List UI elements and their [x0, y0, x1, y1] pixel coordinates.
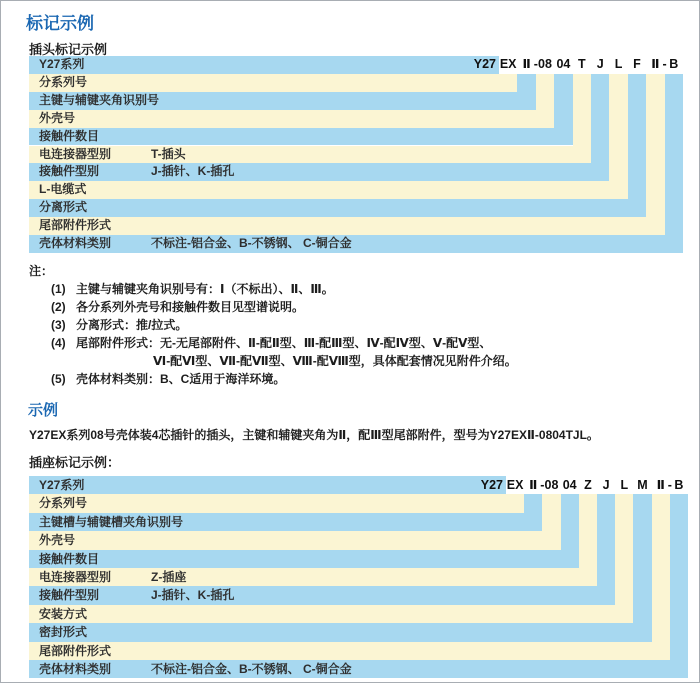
diagram-bar	[29, 586, 615, 604]
code-segment: Ⅱ	[529, 476, 537, 494]
diagram-column	[591, 74, 610, 181]
code-segment: 08	[545, 476, 559, 494]
note-number: (4)	[51, 334, 76, 352]
row-label: L-电缆式	[39, 181, 86, 199]
code-segment: EX	[507, 476, 524, 494]
diagram-column	[506, 494, 525, 512]
diagram-bar	[29, 163, 609, 181]
diagram-column	[517, 74, 536, 110]
row-detail: 不标注-铝合金、B-不锈钢、 C-铜合金	[151, 235, 352, 253]
row-label: 电连接器型别	[39, 146, 111, 164]
diagram-column	[573, 74, 592, 164]
code-segment: Y27	[481, 476, 503, 494]
diagram-bar	[29, 623, 652, 641]
note-number: (3)	[51, 316, 76, 334]
diagram-bar	[29, 128, 573, 146]
row-label: 接触件型别	[39, 586, 99, 604]
diagram-column	[652, 494, 671, 660]
row-detail: J-插针、K-插孔	[151, 586, 234, 604]
row-label: Y27系列	[39, 476, 84, 494]
code-segment: M	[637, 476, 647, 494]
code-segment: L	[620, 476, 628, 494]
note-item: (2) 各分系列外壳号和接触件数目见型谱说明。	[51, 298, 517, 316]
diagram-column	[524, 494, 543, 531]
diagram-bar	[29, 56, 499, 74]
note-text: 尾部附件形式：无-无尾部附件、Ⅱ-配Ⅱ型、Ⅲ-配Ⅲ型、Ⅳ-配Ⅳ型、Ⅴ-配Ⅴ型、	[76, 334, 491, 352]
code-segment: 04	[563, 476, 577, 494]
diagram-bar	[29, 217, 665, 235]
diagram-column	[499, 74, 518, 92]
note-text: 主键与辅键夹角识别号有：Ⅰ（不标出）、Ⅱ、Ⅲ。	[76, 280, 334, 298]
note-number: (1)	[51, 280, 76, 298]
row-label: 密封形式	[39, 623, 87, 641]
code-dash: -	[668, 476, 672, 494]
diagram-bar	[29, 181, 628, 199]
row-label: 壳体材料类别	[39, 235, 111, 253]
example-section-title: 示例	[28, 399, 58, 420]
page-title: 标记示例	[26, 9, 94, 34]
diagram-column	[665, 74, 684, 253]
row-label: 尾部附件形式	[39, 217, 111, 235]
socket-section-heading: 插座标记示例：	[29, 452, 120, 471]
diagram-bar	[29, 74, 517, 92]
diagram-bar	[29, 199, 646, 217]
row-label: 接触件数目	[39, 550, 99, 568]
note-item: (3) 分离形式：推/拉式。	[51, 316, 517, 334]
row-label: 外壳号	[39, 531, 75, 549]
note-continuation: Ⅵ-配Ⅵ型、Ⅶ-配Ⅶ型、Ⅷ-配Ⅷ型，具体配套情况见附件介绍。	[153, 352, 517, 370]
row-label: 分系列号	[39, 494, 87, 512]
code-segment: Y27	[474, 56, 496, 74]
diagram-bar	[29, 531, 561, 549]
diagram-bar	[29, 476, 506, 494]
row-label: Y27系列	[39, 56, 84, 74]
row-detail: J-插针、K-插孔	[151, 163, 234, 181]
row-label: 外壳号	[39, 110, 75, 128]
code-segment: 08	[538, 56, 552, 74]
diagram-column	[536, 74, 555, 128]
diagram-column	[579, 494, 598, 586]
note-text: 各分系列外壳号和接触件数目见型谱说明。	[76, 298, 304, 316]
diagram-bar	[29, 568, 597, 586]
diagram-bar	[29, 660, 688, 678]
row-label: 壳体材料类别	[39, 660, 111, 678]
diagram-bar	[29, 605, 633, 623]
code-segment: T	[578, 56, 586, 74]
code-dash: -	[663, 56, 667, 74]
diagram-column	[597, 494, 616, 604]
code-segment: Ⅱ	[522, 56, 530, 74]
note-item: (5) 壳体材料类别：B、C适用于海洋环境。	[51, 370, 517, 388]
catalog-page: { "colors": { "heading_blue": "#1a67b2",…	[0, 0, 700, 683]
diagram-bar	[29, 642, 670, 660]
row-detail: Z-插座	[151, 568, 186, 586]
diagram-column	[646, 74, 665, 235]
note-number: (5)	[51, 370, 76, 388]
example-sentence: Y27EX系列08号壳体装4芯插针的插头，主键和辅键夹角为Ⅱ，配Ⅲ型尾部附件，型…	[29, 426, 599, 443]
diagram-column	[561, 494, 580, 568]
code-segment: L	[615, 56, 623, 74]
row-label: 主键与辅键夹角识别号	[39, 92, 159, 110]
code-segment: 04	[556, 56, 570, 74]
diagram-column	[633, 494, 652, 641]
diagram-column	[554, 74, 573, 146]
diagram-column	[615, 494, 634, 623]
row-label: 接触件数目	[39, 128, 99, 146]
code-segment: Z	[584, 476, 592, 494]
row-label: 分系列号	[39, 74, 87, 92]
diagram-bar	[29, 146, 591, 164]
note-item: (1) 主键与辅键夹角识别号有：Ⅰ（不标出）、Ⅱ、Ⅲ。	[51, 280, 517, 298]
diagram-bar	[29, 110, 554, 128]
row-detail: 不标注-铝合金、B-不锈钢、 C-铜合金	[151, 660, 352, 678]
code-segment: J	[597, 56, 604, 74]
row-label: 电连接器型别	[39, 568, 111, 586]
note-number: (2)	[51, 298, 76, 316]
note-text: 壳体材料类别：B、C适用于海洋环境。	[76, 370, 285, 388]
notes-label: 注：	[29, 262, 517, 280]
row-label: 分离形式	[39, 199, 87, 217]
code-segment: B	[674, 476, 683, 494]
notes-block: 注： (1) 主键与辅键夹角识别号有：Ⅰ（不标出）、Ⅱ、Ⅲ。 (2) 各分系列外…	[29, 262, 517, 388]
diagram-bar	[29, 235, 683, 253]
code-segment: EX	[500, 56, 517, 74]
diagram-column	[628, 74, 647, 217]
row-label: 主键槽与辅键槽夹角识别号	[39, 513, 183, 531]
diagram-column	[670, 494, 689, 678]
diagram-column	[542, 494, 561, 549]
code-segment: F	[633, 56, 641, 74]
plug-code-diagram: Y27系列Y27分系列号EX主键与辅键夹角识别号Ⅱ-外壳号08接触件数目04电连…	[1, 56, 700, 254]
diagram-bar	[29, 494, 524, 512]
note-item: (4) 尾部附件形式：无-无尾部附件、Ⅱ-配Ⅱ型、Ⅲ-配Ⅲ型、Ⅳ-配Ⅳ型、Ⅴ-配…	[51, 334, 517, 352]
code-segment: Ⅱ	[651, 56, 659, 74]
code-segment: B	[669, 56, 678, 74]
row-detail: T-插头	[151, 146, 186, 164]
socket-code-diagram: Y27系列Y27分系列号EX主键槽与辅键槽夹角识别号Ⅱ-外壳号08接触件数目04…	[1, 476, 700, 680]
code-segment: J	[603, 476, 610, 494]
diagram-column	[609, 74, 628, 199]
row-label: 尾部附件形式	[39, 642, 111, 660]
diagram-bar	[29, 550, 579, 568]
row-label: 接触件型别	[39, 163, 99, 181]
note-text: 分离形式：推/拉式。	[76, 316, 187, 334]
code-segment: Ⅱ	[657, 476, 665, 494]
row-label: 安装方式	[39, 605, 87, 623]
